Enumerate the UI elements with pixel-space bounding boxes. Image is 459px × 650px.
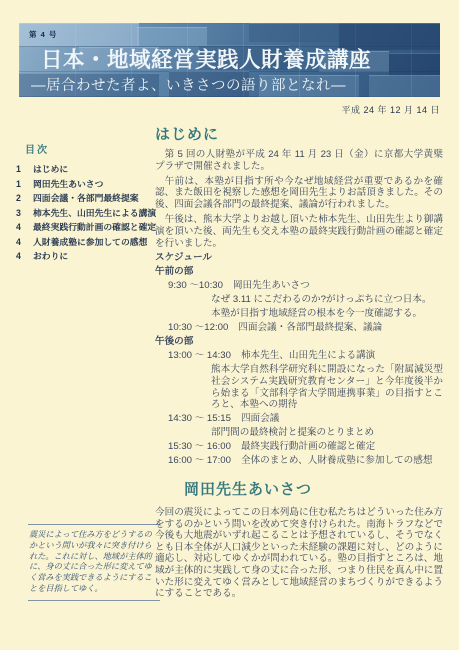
section-heading-okada: 岡田先生あいさつ bbox=[184, 481, 443, 499]
schedule-entry: 14:30 ～ 15:15四面会議 bbox=[168, 413, 443, 425]
toc-item-label: 人財養成塾に参加しての感想 bbox=[33, 238, 152, 247]
toc-item-label: 四面会議・各部門最終提案 bbox=[33, 194, 152, 203]
toc-item-label: おわりに bbox=[33, 252, 152, 261]
schedule-entry-title: 最終実践行動計画の確認と確定 bbox=[241, 441, 375, 452]
intro-paragraph: 第 5 回の人財塾が平成 24 年 11 月 23 日（金）に京都大学黄檗プラザ… bbox=[155, 149, 443, 173]
glass-panel bbox=[369, 75, 440, 97]
toc-page-number: 4 bbox=[16, 223, 33, 232]
schedule-entry-title: 四面会議 bbox=[241, 413, 279, 424]
schedule-entry: 9:30 ～10:30岡田先生あいさつ bbox=[168, 280, 443, 292]
schedule-entry-detail: 熊本大学自然科学研究科に開設になった「附属減災型社会システム実践研究教育センター… bbox=[211, 364, 443, 411]
toc-page-number: 1 bbox=[16, 165, 33, 174]
toc-page-number: 3 bbox=[16, 209, 33, 218]
toc-item: 3 柿本先生、山田先生による講演 bbox=[16, 209, 152, 218]
schedule-entry-time: 10:30 ～12:00 bbox=[168, 322, 228, 333]
toc-item-label: 最終実践行動計画の確認と確定 bbox=[33, 223, 156, 232]
okada-paragraph: 今回の震災によってこの日本列島に住む私たちはどういった住み方をするのかという問い… bbox=[155, 507, 443, 600]
toc-page-number: 2 bbox=[16, 194, 33, 203]
schedule-entry-title: 岡田先生あいさつ bbox=[233, 280, 310, 291]
header-banner: 第 4 号 日本・地域経営実践人財養成講座 ―居合わせた者よ、いきさつの語り部と… bbox=[19, 23, 440, 97]
schedule-part-label: 午後の部 bbox=[155, 336, 443, 348]
sidebar-pull-quote: 震災によって住み方をどうするのかという問いが我々に突き付けられた。これに対し、地… bbox=[28, 524, 160, 601]
schedule-entry-title: 柿本先生、山田先生による講演 bbox=[241, 350, 375, 361]
intro-paragraph: 午後は、熊本大学よりお越し頂いた柿本先生、山田先生より御講演を頂いた後、両先生も… bbox=[155, 214, 443, 249]
schedule-entry: 15:30 ～ 16:00最終実践行動計画の確認と確定 bbox=[168, 441, 443, 453]
schedule-entry-time: 15:30 ～ 16:00 bbox=[168, 441, 231, 452]
toc-item-label: はじめに bbox=[33, 165, 152, 174]
intro-paragraph: 午前は、本塾が目指す所や今なぜ地域経営が重要であるかを確認、また飯田を視察した感… bbox=[155, 176, 443, 211]
schedule-entry-time: 9:30 ～10:30 bbox=[168, 280, 223, 291]
schedule-heading: スケジュール bbox=[155, 252, 443, 264]
toc-item: 4 おわりに bbox=[16, 252, 152, 261]
main-column: はじめに 第 5 回の人財塾が平成 24 年 11 月 23 日（金）に京都大学… bbox=[155, 126, 443, 600]
toc-title: 目次 bbox=[25, 141, 152, 156]
schedule-entry-detail: 部門間の最終検討と提案のとりまとめ bbox=[211, 427, 443, 439]
schedule-entry-detail: なぜ 3.11 にこだわるのか?がけっぷちに立つ日本。 bbox=[211, 294, 443, 306]
toc-item: 4 人財養成塾に参加しての感想 bbox=[16, 238, 152, 247]
issue-number: 第 4 号 bbox=[29, 29, 57, 40]
section-heading-intro: はじめに bbox=[155, 126, 443, 144]
toc-item: 4 最終実践行動計画の確認と確定 bbox=[16, 223, 152, 232]
schedule-part-label: 午前の部 bbox=[155, 266, 443, 278]
schedule-entry: 13:00 ～ 14:30柿本先生、山田先生による講演 bbox=[168, 350, 443, 362]
schedule-entry-time: 16:00 ～ 17:00 bbox=[168, 455, 231, 466]
glass-panel bbox=[389, 53, 440, 76]
toc-page-number: 1 bbox=[16, 180, 33, 189]
toc-page-number: 4 bbox=[16, 238, 33, 247]
toc-item-label: 柿本先生、山田先生による講演 bbox=[33, 209, 156, 218]
schedule-entry-title: 全体のまとめ、人財養成塾に参加しての感想 bbox=[241, 455, 433, 466]
toc-item: 1 はじめに bbox=[16, 165, 152, 174]
newsletter-subtitle: ―居合わせた者よ、いきさつの語り部となれ― bbox=[31, 74, 346, 95]
table-of-contents: 目次 1 はじめに 1 岡田先生あいさつ 2 四面会議・各部門最終提案 3 柿本… bbox=[16, 141, 152, 267]
glass-panel bbox=[249, 23, 339, 42]
toc-page-number: 4 bbox=[16, 252, 33, 261]
schedule-entry: 16:00 ～ 17:00全体のまとめ、人財養成塾に参加しての感想 bbox=[168, 455, 443, 467]
toc-item: 2 四面会議・各部門最終提案 bbox=[16, 194, 152, 203]
newsletter-page: 第 4 号 日本・地域経営実践人財養成講座 ―居合わせた者よ、いきさつの語り部と… bbox=[0, 0, 459, 650]
newsletter-title: 日本・地域経営実践人財養成講座 bbox=[41, 43, 371, 74]
schedule-entry-detail: 本塾が目指す地域経営の根本を今一度確認する。 bbox=[211, 308, 443, 320]
schedule-entry: 10:30 ～12:00四面会議・各部門最終提案、議論 bbox=[168, 322, 443, 334]
schedule-entry-title: 四面会議・各部門最終提案、議論 bbox=[238, 322, 382, 333]
schedule-entry-time: 14:30 ～ 15:15 bbox=[168, 413, 231, 424]
schedule-entry-time: 13:00 ～ 14:30 bbox=[168, 350, 231, 361]
toc-item-label: 岡田先生あいさつ bbox=[33, 180, 152, 189]
toc-item: 1 岡田先生あいさつ bbox=[16, 180, 152, 189]
issue-date: 平成 24 年 12 月 14 日 bbox=[341, 103, 440, 116]
